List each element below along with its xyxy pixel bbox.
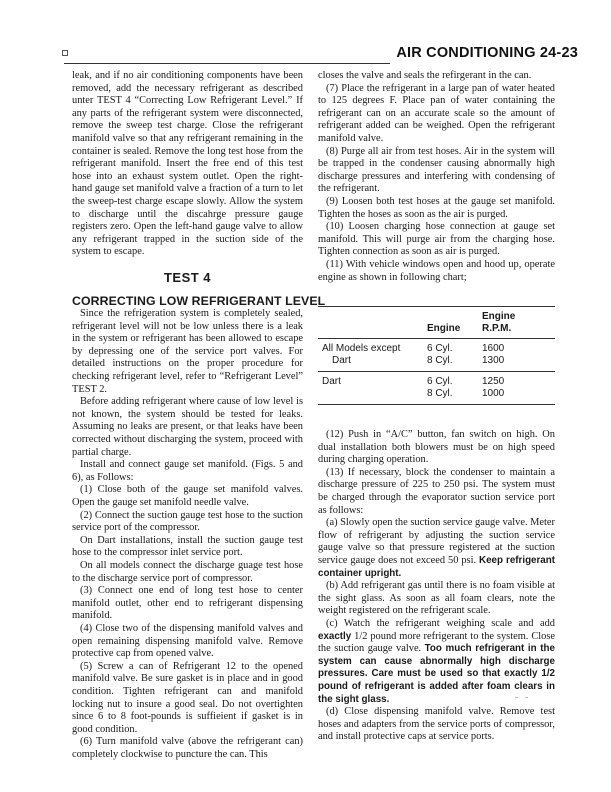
paragraph-install: Install and connect gauge set manifold. …: [72, 459, 303, 484]
step-12: (12) Push in “A/C” button, fan switch on…: [318, 429, 555, 467]
step-c-emphasis: exactly: [318, 631, 351, 642]
corner-marker: [62, 50, 68, 56]
rpm-8cyl: 1300: [482, 355, 504, 366]
header-engine: Engine: [427, 307, 482, 339]
step-8: (8) Purge all air from test hoses. Air i…: [318, 146, 555, 196]
engine-6cyl: 6 Cyl.: [427, 343, 453, 354]
engine-rpm-table: Engine Engine R.P.M. All Models except D…: [318, 306, 555, 405]
continued-paragraph: closes the valve and seals the refirgera…: [318, 70, 555, 83]
rpm-cell: 1600 1300: [482, 339, 555, 372]
step-4: (4) Close two of the dispensing manifold…: [72, 623, 303, 661]
step-13: (13) If necessary, block the condenser t…: [318, 467, 555, 517]
paragraph-dart: On Dart installations, install the sucti…: [72, 535, 303, 560]
step-6: (6) Turn manifold valve (above the refri…: [72, 736, 303, 761]
step-c-text: (c) Watch the refrigerant weighing scale…: [326, 618, 555, 629]
table-row: All Models except Dart 6 Cyl. 8 Cyl. 160…: [318, 339, 555, 372]
model-cell: All Models except Dart: [318, 339, 427, 372]
model-line2: Dart: [322, 355, 427, 367]
header-rpm-line2: R.P.M.: [482, 323, 511, 334]
step-1: (1) Close both of the gauge set manifold…: [72, 484, 303, 509]
rpm-6cyl: 1600: [482, 343, 504, 354]
engine-cell: 6 Cyl. 8 Cyl.: [427, 372, 482, 405]
rpm-6cyl: 1250: [482, 376, 504, 387]
paragraph-sealed: Since the refrigeration system is comple…: [72, 308, 303, 396]
header-rpm-line1: Engine: [482, 311, 515, 322]
model-cell: Dart: [318, 372, 427, 405]
section-heading: CORRECTING LOW REFRIGERANT LEVEL: [72, 295, 303, 308]
step-5: (5) Screw a can of Refrigerant 12 to the…: [72, 661, 303, 737]
step-d: (d) Close dispensing manifold valve. Rem…: [318, 706, 555, 744]
paragraph-all-models: On all models connect the discharge guag…: [72, 560, 303, 585]
table-header-row: Engine Engine R.P.M.: [318, 307, 555, 339]
engine-8cyl: 8 Cyl.: [427, 355, 453, 366]
header-engine-rpm: Engine R.P.M.: [482, 307, 555, 339]
table-row: Dart 6 Cyl. 8 Cyl. 1250 1000: [318, 372, 555, 405]
page-header: AIR CONDITIONING 24-23: [60, 44, 578, 64]
paragraph-before: Before adding refrigerant where cause of…: [72, 396, 303, 459]
step-3: (3) Connect one end of long test hose to…: [72, 585, 303, 623]
model-line1: Dart: [322, 376, 341, 387]
left-column: leak, and if no air conditioning compone…: [72, 70, 303, 761]
right-column: closes the valve and seals the refirgera…: [318, 70, 555, 744]
test-heading: TEST 4: [72, 272, 303, 285]
engine-8cyl: 8 Cyl.: [427, 388, 453, 399]
rpm-8cyl: 1000: [482, 388, 504, 399]
rpm-cell: 1250 1000: [482, 372, 555, 405]
step-11: (11) With vehicle windows open and hood …: [318, 259, 555, 284]
header-model: [318, 307, 427, 339]
intro-paragraph: leak, and if no air conditioning compone…: [72, 70, 303, 259]
manual-page: AIR CONDITIONING 24-23 leak, and if no a…: [0, 0, 611, 792]
section-page-title: AIR CONDITIONING 24-23: [396, 45, 578, 61]
step-c: (c) Watch the refrigerant weighing scale…: [318, 618, 555, 706]
engine-6cyl: 6 Cyl.: [427, 376, 453, 387]
step-2: (2) Connect the suction gauge test hose …: [72, 510, 303, 535]
step-10: (10) Loosen charging hose connection at …: [318, 221, 555, 259]
step-b: (b) Add refrigerant gas until there is n…: [318, 580, 555, 618]
header-rule: [64, 63, 390, 64]
model-line1: All Models except: [322, 343, 400, 354]
engine-cell: 6 Cyl. 8 Cyl.: [427, 339, 482, 372]
step-7: (7) Place the refrigerant in a large pan…: [318, 83, 555, 146]
step-a: (a) Slowly open the suction service gaug…: [318, 517, 555, 580]
scan-specks: [515, 697, 529, 699]
step-9: (9) Loosen both test hoses at the gauge …: [318, 196, 555, 221]
